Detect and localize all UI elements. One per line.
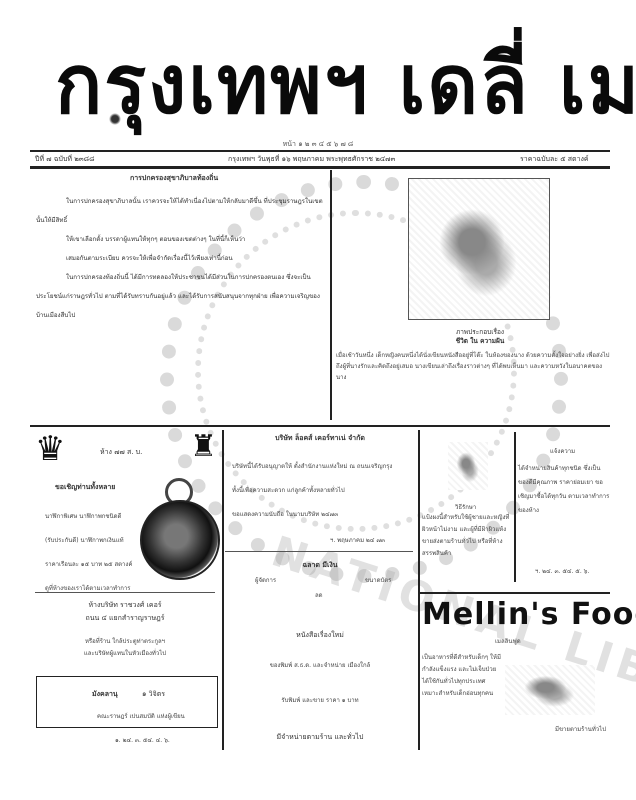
- pocket-watch-image: [140, 500, 220, 580]
- mellins-top-rule: [420, 592, 610, 594]
- book-ad-title: หนังสือเรื่องใหม่: [225, 630, 415, 641]
- column-divider: [418, 430, 420, 750]
- mellins-subtitle: เมลลินฟูด: [495, 636, 521, 647]
- dateline-bottom-rule: [30, 166, 610, 169]
- watch-contact-line: และบริษัทผู้แทนในหัวเมืองทั่วไป: [35, 648, 215, 659]
- company-notice-line: ขอแสดงความนับถือ ในนามบริษัท ๒๔๗๓: [232, 503, 410, 527]
- company-notice-rule: [225, 551, 413, 552]
- article-body: ในการปกครองสุขาภิบาลนั้น เราควรจะให้ได้ท…: [36, 192, 326, 325]
- classified-title: ฉลาด มีเงิน: [225, 560, 415, 571]
- company-notice-line: ทั้งนี้เพื่อความสะดวก แก่ลูกค้าทั้งหลายท…: [232, 479, 410, 503]
- classified-right-label: ขนาดบัตร: [365, 575, 391, 586]
- dateline-top-rule: [30, 150, 610, 152]
- notice-box: มังคลานุ ๑ วิจิตร คณะราษฎร์ เปนสมบัติ แห…: [36, 676, 218, 728]
- article-paragraph: เสมอกันตามระเบียบ ควรจะให้เพื่อจำกัดเรื่…: [36, 249, 326, 268]
- issue-price: ราคาฉบับละ ๕ สตางค์: [520, 154, 589, 165]
- right-notice-date: ฯ. ๒๔. ๓. ๕๔. ๕. ๖.: [535, 566, 589, 577]
- notice-box-signers: คณะราษฎร์ เปนสมบัติ แห่งผู้เขียน: [97, 711, 185, 722]
- garuda-emblem-icon: ♛: [35, 432, 65, 466]
- watch-shop-label: ห้าง ๗๗ ส. บ.: [100, 447, 142, 458]
- book-ad-line: มีจำหน่ายตามร้าน และทั่วไป: [225, 732, 415, 743]
- baby-illustration: [505, 665, 595, 715]
- watch-dealer-name: ห้างบริษัท ราชวงศ์ เคอร์: [35, 600, 215, 611]
- watch-contact-line: หรือที่ร้าน ใกล้ประตูท่าตระกูลฯ: [35, 636, 215, 647]
- section-divider-rule: [30, 425, 610, 427]
- masthead-tagline: หน้า ๑ ๒ ๓ ๔ ๕ ๖ ๗ ๘: [0, 139, 636, 150]
- ink-blot: [108, 112, 122, 126]
- mellins-food-brand: Mellin's Food: [422, 597, 636, 632]
- company-notice-signature: ฯ. พฤษภาคม ๒๔ ๗๓: [330, 535, 385, 546]
- company-notice-title: บริษัท ล็อคส์ เคอร์ทาเน่ จำกัด: [225, 433, 415, 444]
- notice-box-subtitle: ๑ วิจิตร: [142, 689, 165, 700]
- book-ad-line: ของพิมพ์ ส.ธ.ด. และจำหน่าย เมืองใกล้: [225, 660, 415, 671]
- classified-left-label: ผู้จัดการ: [255, 575, 276, 586]
- mellins-text: เป็นอาหารที่ดีสำหรับเด็กๆ ให้มีกำลังแข็ง…: [422, 652, 502, 700]
- volume-number: ปีที่ ๗ ฉบับที่ ๒๓๘๘: [35, 154, 94, 165]
- watch-dealer-address: ถนน ๔ แยกสำราญราษฎร์: [35, 613, 215, 624]
- article-paragraph: ให้เขาเลือกตั้ง บรรดาผู้แทนให้ทุกๆ ตอนขอ…: [36, 230, 326, 249]
- watch-ad-line: ดูที่ห้างของเราได้ตามเวลาทำการ: [45, 577, 145, 601]
- notice-box-title: มังคลานุ: [92, 689, 118, 700]
- article-headline: การปกครองสุขาภิบาลท้องถิ่น: [130, 173, 218, 184]
- column-divider: [330, 170, 332, 420]
- article-paragraph: ในการปกครองท้องถิ่นนี้ ได้มีการทดลองให้ป…: [36, 268, 326, 325]
- portrait-image: [448, 442, 488, 490]
- column-divider: [222, 430, 224, 750]
- notice-box-date: ๑. ๒๔. ๓. ๕๔. ๔. ๖.: [115, 735, 170, 746]
- portrait-ad-text: แป้งผงนี้สำหรับใช้ผู้ชายและหญิงที่ผิวหน้…: [422, 512, 512, 560]
- right-notice-title: แจ้งความ: [550, 446, 575, 457]
- watch-ad-line: นาฬิกาพิเศษ นาฬิกาพกชนิดดี: [45, 505, 145, 529]
- newspaper-masthead: กรุงเทพฯ เดลี่ เมล์: [55, 38, 595, 133]
- royal-crown-emblem-icon: ♜: [190, 432, 217, 462]
- classified-mid: ลด: [315, 590, 323, 601]
- company-notice-lines: บริษัทนี้ได้รับอนุญาตให้ ตั้งสำนักงานแห่…: [232, 455, 410, 527]
- feature-story-text: เมื่อเช้าวันหนึ่ง เด็กหญิงคนหนึ่งได้นั่ง…: [336, 350, 611, 383]
- article-paragraph: ในการปกครองสุขาภิบาลนั้น เราควรจะให้ได้ท…: [36, 192, 326, 230]
- column-divider: [514, 432, 516, 582]
- right-notice-text: ได้จำหน่ายสินค้าทุกชนิด ซึ่งเป็นของดีมีค…: [518, 462, 610, 518]
- watch-ad-lines: นาฬิกาพิเศษ นาฬิกาพกชนิดดี (รับประกันดี)…: [45, 505, 145, 601]
- feature-story-title: ชีวิต ใน ความฝัน: [380, 336, 580, 346]
- date-location: กรุงเทพฯ วันพุธที่ ๑๖ พฤษภาคม พระพุทธศัก…: [228, 154, 395, 165]
- book-ad-line: รับพิมพ์ และขาย ราคา ๑ บาท: [225, 695, 415, 706]
- watch-ad-rule: [35, 592, 215, 593]
- watch-ad-headline: ขอเชิญท่านทั้งหลาย: [55, 482, 115, 493]
- company-notice-line: บริษัทนี้ได้รับอนุญาตให้ ตั้งสำนักงานแห่…: [232, 455, 410, 479]
- mellins-footer: มีขายตามร้านทั่วไป: [555, 724, 606, 735]
- writing-woman-illustration: [408, 178, 550, 320]
- watch-ad-line: ราคาเรือนละ ๑๕ บาท ๒๕ สตางค์: [45, 553, 145, 577]
- watch-ad-line: (รับประกันดี) นาฬิกาพกเงินแท้: [45, 529, 145, 553]
